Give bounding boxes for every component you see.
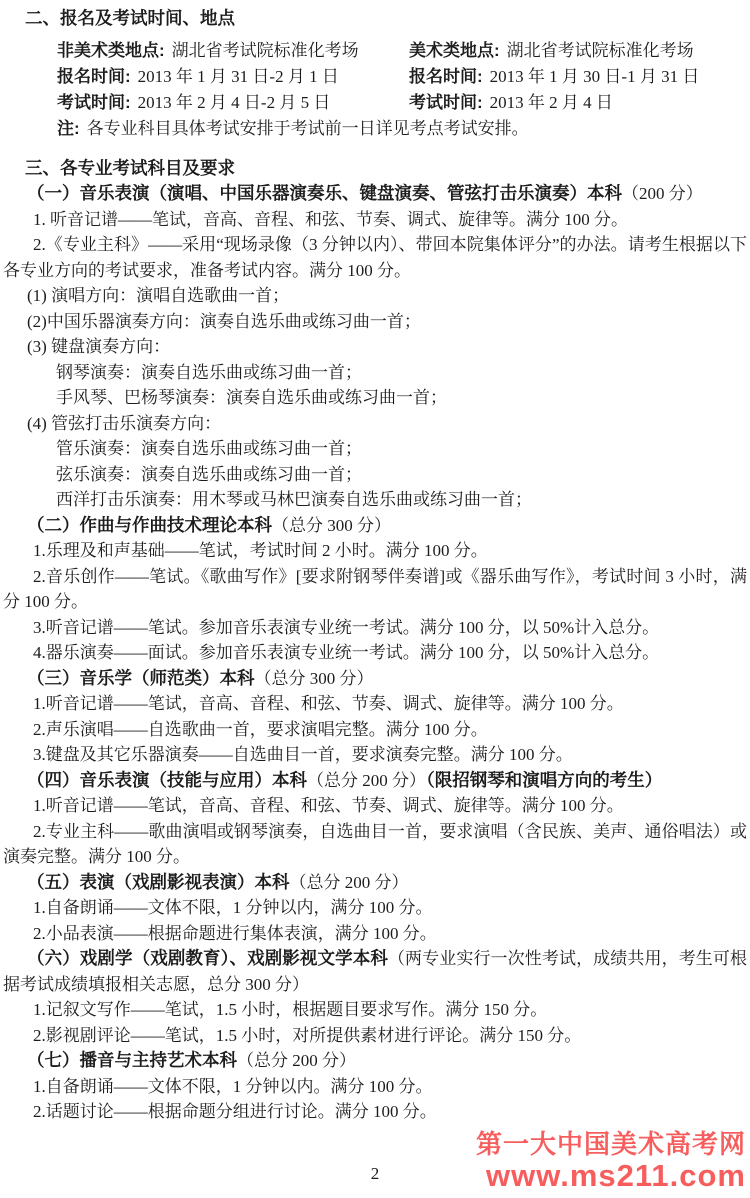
info-value: 湖北省考试院标准化考场 [172,41,359,60]
subsection-heading-5: （五）表演（戏剧影视表演）本科（总分 200 分） [3,870,747,896]
subsection-heading-bold: （四）音乐表演（技能与应用）本科 [27,770,307,790]
exam-item-line: 1.听音记谱——笔试，音高、音程、和弦、节奏、调式、旋律等。满分 100 分。 [3,691,747,717]
exam-item-line: (3) 键盘演奏方向： [3,334,747,360]
info-value: 湖北省考试院标准化考场 [507,41,694,60]
info-label: 非美术类地点: [57,41,165,60]
subsection-heading-bold: （七）播音与主持艺术本科 [27,1050,237,1070]
exam-item-line: 1.自备朗诵——文体不限，1 分钟以内。满分 100 分。 [3,1074,747,1100]
info-row-art-registration: 报名时间:2013 年 1 月 30 日-1 月 31 日 [409,64,747,90]
exam-info-grid: 非美术类地点:湖北省考试院标准化考场 美术类地点:湖北省考试院标准化考场 报名时… [57,38,747,116]
watermark: 第一大中国美术高考网 www.ms211.com [476,1130,746,1194]
exam-item-line: 管乐演奏：演奏自选乐曲或练习曲一首； [3,436,747,462]
info-row-non-art-exam-time: 考试时间:2013 年 2 月 4 日-2 月 5 日 [57,90,409,116]
subsection-heading-bold-extra: （限招钢琴和演唱方向的考生） [426,770,662,790]
subsection-heading-score: （总分 200 分） [307,771,426,790]
exam-item-line: 2.专业主科——歌曲演唱或钢琴演奏，自选曲目一首，要求演唱（含民族、美声、通俗唱… [3,819,747,870]
info-label: 报名时间: [409,67,483,86]
section2-title: 二、报名及考试时间、地点 [3,6,747,32]
exam-item-line: 钢琴演奏：演奏自选乐曲或练习曲一首； [3,360,747,386]
info-row-non-art-registration: 报名时间:2013 年 1 月 31 日-2 月 1 日 [57,64,409,90]
exam-item-line: (2)中国乐器演奏方向：演奏自选乐曲或练习曲一首； [3,309,747,335]
exam-item-line: (4) 管弦打击乐演奏方向： [3,411,747,437]
info-value: 2013 年 1 月 30 日-1 月 31 日 [490,67,700,86]
exam-item-line: 1.乐理及和声基础——笔试，考试时间 2 小时。满分 100 分。 [3,538,747,564]
exam-item-line: 2.音乐创作——笔试。《歌曲写作》[要求附钢琴伴奏谱]或《器乐曲写作》，考试时间… [3,564,747,615]
subsection-heading-3: （三）音乐学（师范类）本科（总分 300 分） [3,666,747,692]
info-row-non-art-location: 非美术类地点:湖北省考试院标准化考场 [57,38,409,64]
note-text: 各专业科目具体考试安排于考试前一日详见考点考试安排。 [87,119,529,138]
exam-item-line: 2.小品表演——根据命题进行集体表演，满分 100 分。 [3,921,747,947]
info-label: 美术类地点: [409,41,500,60]
exam-item-line: 3.键盘及其它乐器演奏——自选曲目一首，要求演奏完整。满分 100 分。 [3,742,747,768]
subsection-heading-score: （总分 200 分） [290,873,409,892]
exam-item-line: 3.听音记谱——笔试。参加音乐表演专业统一考试。满分 100 分，以 50%计入… [3,615,747,641]
exam-item-line: 弦乐演奏：演奏自选乐曲或练习曲一首； [3,462,747,488]
subsection-heading-6: （六）戏剧学（戏剧教育）、戏剧影视文学本科（两专业实行一次性考试，成绩共用，考生… [3,946,747,997]
info-value: 2013 年 2 月 4 日 [490,93,613,112]
watermark-site-name: 第一大中国美术高考网 [476,1130,746,1159]
section3-title: 三、各专业考试科目及要求 [3,156,747,182]
subsection-heading-score: （总分 300 分） [272,516,391,535]
exam-item-line: 2.《专业主科》——采用“现场录像（3 分钟以内）、带回本院集体评分”的办法。请… [3,232,747,283]
exam-item-line: (1) 演唱方向：演唱自选歌曲一首； [3,283,747,309]
document-content: 二、报名及考试时间、地点 非美术类地点:湖北省考试院标准化考场 美术类地点:湖北… [0,0,750,1125]
info-label: 考试时间: [57,93,131,112]
subsection-heading-score: （总分 200 分） [237,1051,356,1070]
subsection-heading-4: （四）音乐表演（技能与应用）本科（总分 200 分）（限招钢琴和演唱方向的考生） [3,768,747,794]
info-label: 报名时间: [57,67,131,86]
document-page: 二、报名及考试时间、地点 非美术类地点:湖北省考试院标准化考场 美术类地点:湖北… [0,0,750,1198]
info-value: 2013 年 1 月 31 日-2 月 1 日 [138,67,339,86]
info-value: 2013 年 2 月 4 日-2 月 5 日 [138,93,331,112]
subsection-heading-bold: （一）音乐表演（演唱、中国乐器演奏乐、键盘演奏、管弦打击乐演奏）本科 [27,183,622,203]
exam-item-line: 2.声乐演唱——自选歌曲一首，要求演唱完整。满分 100 分。 [3,717,747,743]
exam-item-line: 手风琴、巴杨琴演奏：演奏自选乐曲或练习曲一首； [3,385,747,411]
subsection-heading-2: （二）作曲与作曲技术理论本科（总分 300 分） [3,513,747,539]
note-label: 注: [57,119,80,138]
subsection-heading-score: （总分 300 分） [255,669,374,688]
subsection-heading-bold: （二）作曲与作曲技术理论本科 [27,515,272,535]
exam-item-line: 1.听音记谱——笔试，音高、音程、和弦、节奏、调式、旋律等。满分 100 分。 [3,793,747,819]
exam-item-line: 1.自备朗诵——文体不限，1 分钟以内，满分 100 分。 [3,895,747,921]
info-row-art-exam-time: 考试时间:2013 年 2 月 4 日 [409,90,747,116]
subsection-heading-score: （200 分） [622,184,703,203]
subsection-heading-bold: （三）音乐学（师范类）本科 [27,668,255,688]
subsection-heading-bold: （五）表演（戏剧影视表演）本科 [27,872,290,892]
exam-item-line: 4.器乐演奏——面试。参加音乐表演专业统一考试。满分 100 分，以 50%计入… [3,640,747,666]
watermark-site-url: www.ms211.com [476,1159,746,1194]
info-label: 考试时间: [409,93,483,112]
subsection-heading-1: （一）音乐表演（演唱、中国乐器演奏乐、键盘演奏、管弦打击乐演奏）本科（200 分… [3,181,747,207]
exam-item-line: 西洋打击乐演奏：用木琴或马林巴演奏自选乐曲或练习曲一首； [3,487,747,513]
subsection-heading-7: （七）播音与主持艺术本科（总分 200 分） [3,1048,747,1074]
info-row-art-location: 美术类地点:湖北省考试院标准化考场 [409,38,747,64]
exam-item-line: 2.影视剧评论——笔试，1.5 小时，对所提供素材进行评论。满分 150 分。 [3,1023,747,1049]
exam-note: 注:各专业科目具体考试安排于考试前一日详见考点考试安排。 [57,116,747,142]
exam-item-line: 1.记叙文写作——笔试，1.5 小时，根据题目要求写作。满分 150 分。 [3,997,747,1023]
subsection-heading-bold: （六）戏剧学（戏剧教育）、戏剧影视文学本科 [27,948,388,968]
exam-item-line: 2.话题讨论——根据命题分组进行讨论。满分 100 分。 [3,1099,747,1125]
exam-item-line: 1. 听音记谱——笔试，音高、音程、和弦、节奏、调式、旋律等。满分 100 分。 [3,207,747,233]
